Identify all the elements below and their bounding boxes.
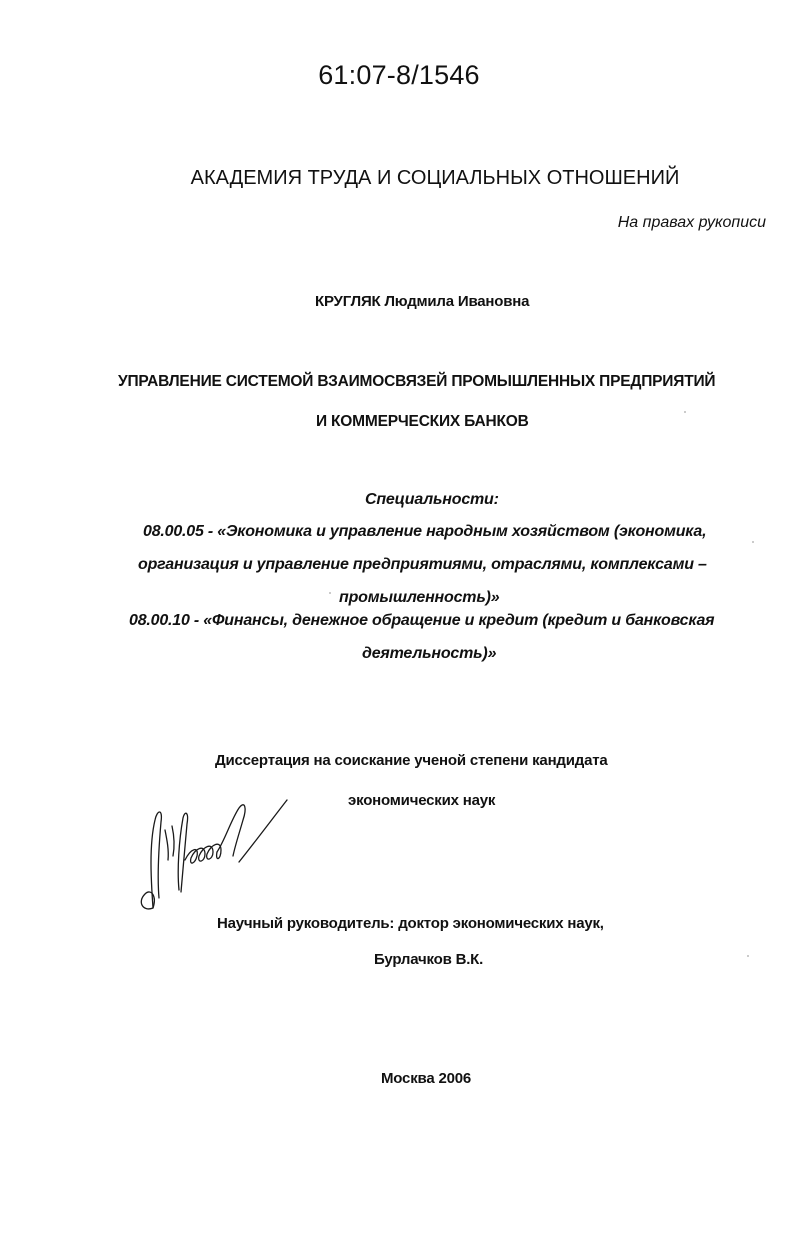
scan-artifact [747,955,749,957]
scan-artifact [329,592,331,594]
institution-name: АКАДЕМИЯ ТРУДА И СОЦИАЛЬНЫХ ОТНОШЕНИЙ [0,167,798,190]
thesis-title-line-1: УПРАВЛЕНИЕ СИСТЕМОЙ ВЗАИМОСВЯЗЕЙ ПРОМЫШЛ… [118,373,715,391]
document-number: 61:07-8/1546 [0,60,798,91]
specialty-line: 08.00.10 - «Финансы, денежное обращение … [129,612,714,630]
signature-icon [135,790,295,915]
scan-artifact [752,541,754,543]
supervisor-name: Бурлачков В.К. [374,951,483,968]
city-year: Москва 2006 [381,1070,471,1087]
author-name: КРУГЛЯК Людмила Ивановна [315,293,529,310]
specialty-line: деятельность)» [362,645,496,663]
manuscript-note: На правах рукописи [618,214,766,232]
specialty-line: промышленность)» [339,589,499,607]
dissertation-statement-line-2: экономических наук [348,792,495,809]
dissertation-statement-line-1: Диссертация на соискание ученой степени … [215,752,608,769]
specialties-heading: Специальности: [365,491,499,509]
specialty-line: 08.00.05 - «Экономика и управление народ… [143,523,706,541]
supervisor-line-1: Научный руководитель: доктор экономическ… [217,915,604,932]
specialty-line: организация и управление предприятиями, … [138,556,707,574]
scan-artifact [684,411,686,413]
thesis-title-line-2: И КОММЕРЧЕСКИХ БАНКОВ [316,413,529,431]
